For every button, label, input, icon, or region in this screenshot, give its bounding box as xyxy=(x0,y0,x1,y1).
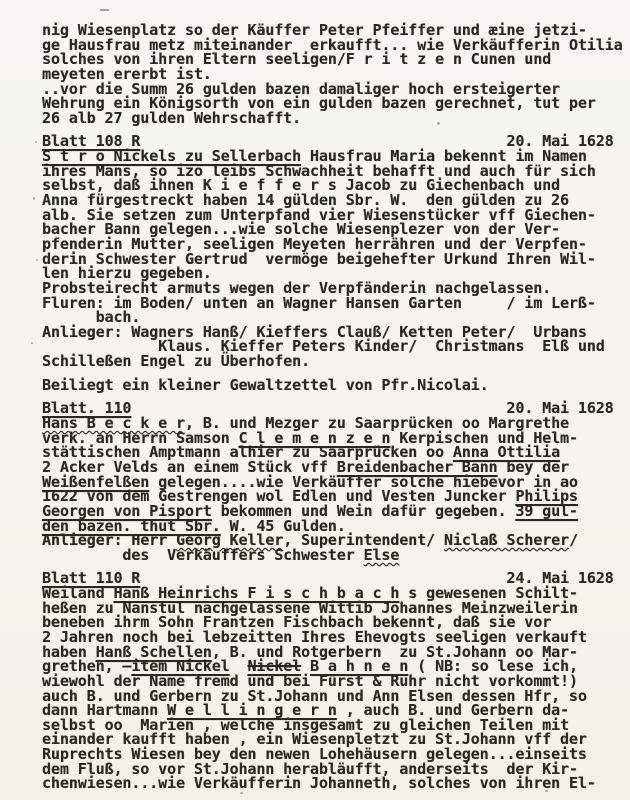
text-segment: / xyxy=(569,531,578,549)
document-line: des Verkäuffers Schwester Else xyxy=(42,548,630,563)
document-line: 26 alb 27 gulden Wehrschafft. xyxy=(42,111,630,126)
text-segment: 26 alb 27 gulden Wehrschafft. xyxy=(42,109,301,127)
wavy-underlined-text: Niclaß Scherer xyxy=(444,531,569,549)
document-line: Schilleßen Engel zu Überhofen. xyxy=(42,354,630,369)
continuation-entry: nig Wiesenplatz so der Käuffer Peter Pfe… xyxy=(42,23,630,125)
note-beiliegt: Beiliegt ein kleiner Gewaltzettel von Pf… xyxy=(42,378,630,393)
entry-blatt-110r: Blatt 110 R 24. Mai 1628Weiland Hanß Hei… xyxy=(42,571,630,791)
text-segment: des Verkäuffers Schwester xyxy=(42,546,364,564)
text-segment: chenwiesen...wie Verkäufferin Johanneth,… xyxy=(42,774,596,792)
scan-dash-artifact xyxy=(100,9,109,11)
underlined-text: 39 gul- xyxy=(515,502,578,520)
document-line: Beiliegt ein kleiner Gewaltzettel von Pf… xyxy=(42,378,630,393)
text-segment: Beiliegt ein kleiner Gewaltzettel von Pf… xyxy=(42,376,489,394)
text-segment: Schilleßen Engel zu Überhofen. xyxy=(42,352,310,370)
document-line: chenwiesen...wie Verkäufferin Johanneth,… xyxy=(42,776,630,791)
scan-speck xyxy=(36,259,38,261)
document-page: nig Wiesenplatz so der Käuffer Peter Pfe… xyxy=(0,0,630,800)
scan-speck xyxy=(33,197,35,200)
wavy-underlined-text: Else xyxy=(364,546,400,564)
scan-speck xyxy=(31,342,33,344)
entry-blatt-108r: Blatt 108 R 20. Mai 1628S t r o Nickels … xyxy=(42,134,630,368)
scan-speck xyxy=(437,122,440,125)
scan-speck xyxy=(545,790,548,792)
scan-speck xyxy=(240,792,243,794)
scan-speck xyxy=(35,141,37,143)
entry-blatt-110: Blatt. 110 20. Mai 1628Hans B e c k e r,… xyxy=(42,401,630,562)
